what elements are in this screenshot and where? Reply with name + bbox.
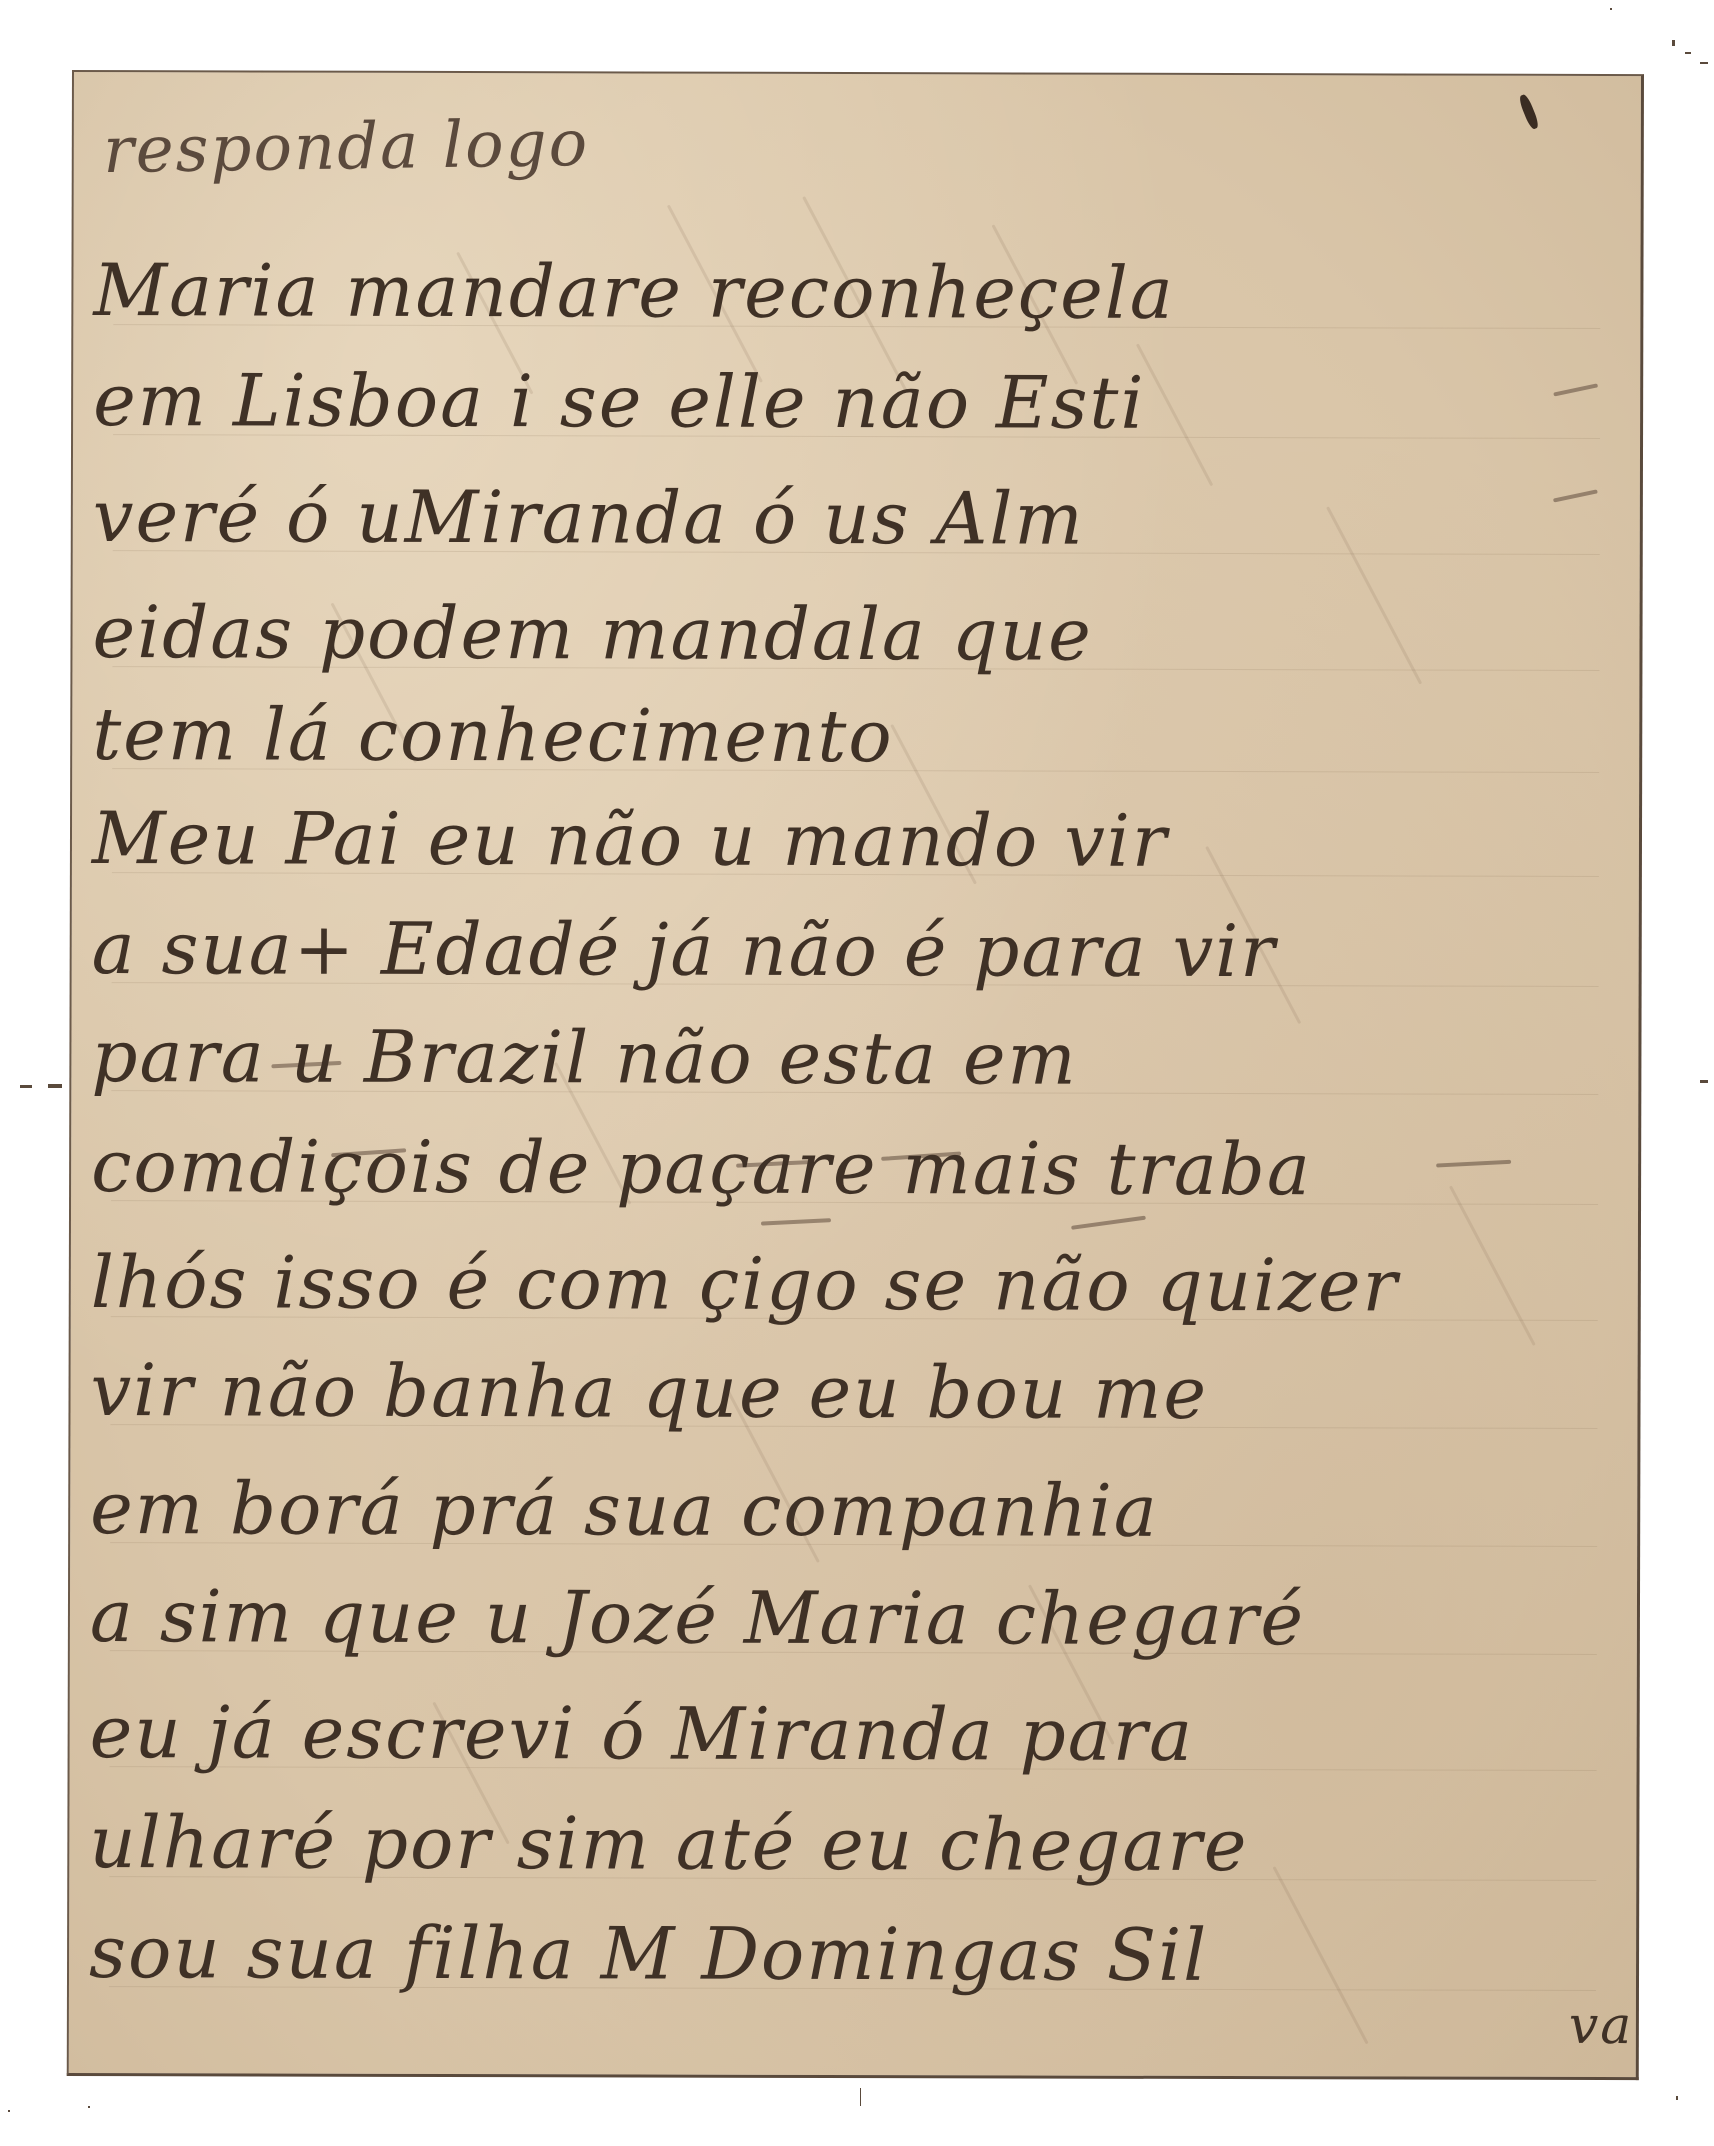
letter-line-3: veré ó uMiranda ó us Alm xyxy=(93,474,1085,561)
scan-speck xyxy=(20,1085,32,1088)
letter-line-15: ulharé por sim até eu chegare xyxy=(89,1800,1248,1887)
letter-paper: responda logo Maria mandare reconheçela … xyxy=(67,70,1644,2080)
letter-line-13: a sim que u Jozé Maria chegaré xyxy=(90,1574,1305,1661)
letter-line-1: Maria mandare reconheçela xyxy=(93,248,1175,335)
letter-line-14: eu já escrevi ó Miranda para xyxy=(90,1690,1195,1777)
letter-line-8: para u Brazil não esta em xyxy=(91,1014,1078,1101)
letter-line-2: em Lisboa i se elle não Esti xyxy=(93,358,1146,445)
header-note: responda logo xyxy=(103,107,590,188)
scan-speck xyxy=(860,2088,861,2106)
letter-line-7: a sua+ Edadé já não é para vir xyxy=(92,906,1277,993)
scan-speck xyxy=(1700,62,1708,64)
letter-line-12: em borá prá sua companhia xyxy=(90,1466,1159,1553)
letter-line-16-signature: sou sua filha M Domingas Sil xyxy=(89,1910,1208,1997)
bleed-through-stroke xyxy=(1449,1185,1536,1346)
overline-mark xyxy=(1071,1216,1146,1230)
scan-speck xyxy=(1700,1080,1708,1083)
scan-speck xyxy=(1610,8,1612,10)
scan-speck xyxy=(8,2110,10,2112)
letter-line-9: comdiçois de paçare mais traba xyxy=(91,1124,1312,1211)
overline-mark xyxy=(761,1218,831,1225)
letter-line-6: Meu Pai eu não u mando vir xyxy=(92,796,1169,883)
scan-speck xyxy=(1685,52,1691,54)
scan-speck xyxy=(1676,2096,1678,2100)
macron-mark xyxy=(1553,383,1598,396)
scan-speck xyxy=(1672,40,1675,46)
scan-speck xyxy=(48,1084,62,1088)
letter-line-11: vir não banha que eu bou me xyxy=(90,1348,1208,1435)
bleed-through-stroke xyxy=(1136,343,1213,486)
bleed-through-stroke xyxy=(1326,506,1422,684)
macron-mark xyxy=(1553,489,1598,502)
signature-suffix: va xyxy=(1569,1996,1634,2056)
bleed-through-stroke xyxy=(1273,1866,1369,2044)
ink-blot xyxy=(1518,93,1541,130)
letter-line-5: tem lá conhecimento xyxy=(92,692,894,778)
letter-line-4: eidas podem mandala que xyxy=(92,590,1092,677)
letter-line-10: lhós isso é com çigo se não quizer xyxy=(91,1240,1399,1327)
overline-mark xyxy=(1436,1160,1511,1168)
scan-speck xyxy=(88,2106,90,2108)
